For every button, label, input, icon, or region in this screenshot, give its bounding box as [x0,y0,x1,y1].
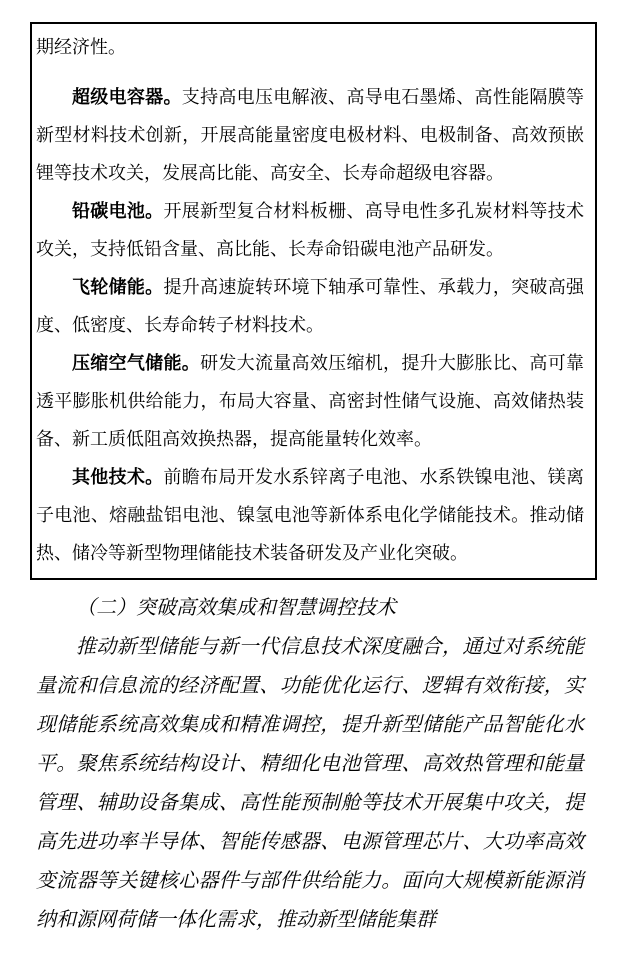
document-page: 期经济性。 超级电容器。支持高电压电解液、高导电石墨烯、高性能隔膜等新型材料技术… [0,0,620,962]
carryover-text-line: 期经济性。 [36,28,584,66]
section-body-paragraph: 推动新型储能与新一代信息技术深度融合，通过对系统能量流和信息流的经济配置、功能优… [36,628,584,940]
tech-term-lead-carbon-battery: 铅碳电池。 [72,201,163,221]
tech-paragraph-supercapacitor: 超级电容器。支持高电压电解液、高导电石墨烯、高性能隔膜等新型材料技术创新，开展高… [36,78,584,192]
tech-paragraph-compressed-air-storage: 压缩空气储能。研发大流量高效压缩机，提升大膨胀比、高可靠透平膨胀机供给能力，布局… [36,344,584,458]
tech-term-flywheel-storage: 飞轮储能。 [72,277,163,297]
tech-term-compressed-air-storage: 压缩空气储能。 [72,353,200,373]
boxed-technology-section: 期经济性。 超级电容器。支持高电压电解液、高导电石墨烯、高性能隔膜等新型材料技术… [30,22,597,580]
tech-paragraph-flywheel-storage: 飞轮储能。提升高速旋转环境下轴承可靠性、承载力，突破高强度、低密度、长寿命转子材… [36,268,584,344]
tech-term-other-technologies: 其他技术。 [72,467,163,487]
section-heading: （二）突破高效集成和智慧调控技术 [36,589,584,628]
tech-paragraph-other-technologies: 其他技术。前瞻布局开发水系锌离子电池、水系铁镍电池、镁离子电池、熔融盐铝电池、镍… [36,458,584,572]
tech-term-supercapacitor: 超级电容器。 [72,87,182,107]
tech-paragraph-lead-carbon-battery: 铅碳电池。开展新型复合材料板栅、高导电性多孔炭材料等技术攻关，支持低铅含量、高比… [36,192,584,268]
